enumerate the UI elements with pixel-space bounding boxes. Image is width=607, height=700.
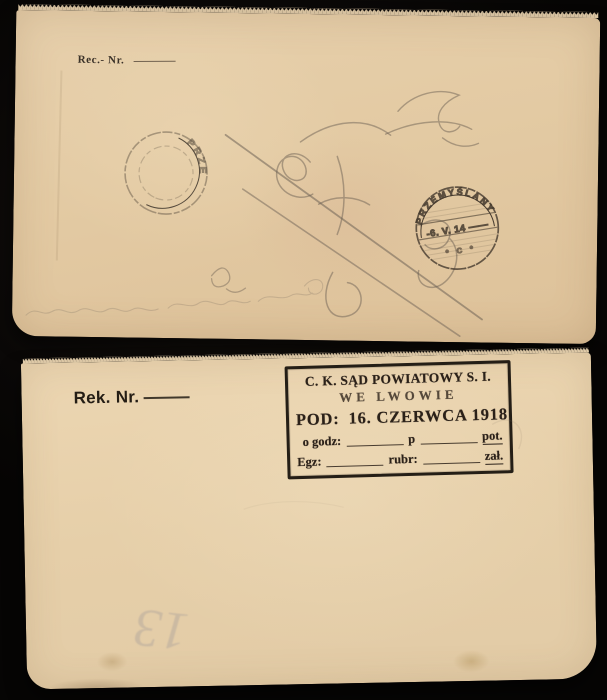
pencil-monogram (385, 91, 479, 147)
blank-underline (143, 396, 189, 399)
stamp-field-label: p (408, 432, 415, 447)
stamp-field-label: pot. (482, 428, 503, 445)
fill-in-rule (423, 462, 480, 465)
receipt-number-text: Rec.- Nr. (78, 54, 125, 67)
faint-handwriting (26, 276, 323, 320)
stamp-field-label: o godz: (302, 434, 341, 450)
bottom-document: Rek. Nr. C. K. SĄD POWIATOWY S. I. WE LW… (21, 353, 597, 690)
top-document-paper: Rec.- Nr. (12, 10, 600, 344)
pencil-faint-curve (244, 501, 344, 510)
fill-in-rule (420, 442, 477, 445)
stamp-field-label: rubr: (388, 452, 418, 468)
court-stamp-date-value: 16. CZERWCA 1918 (348, 404, 508, 427)
svg-text:PRZE: PRZE (174, 136, 214, 181)
court-stamp-date-label: POD: (296, 409, 340, 429)
record-number-text: Rek. Nr. (73, 387, 139, 407)
top-document: Rec.- Nr. (12, 10, 600, 344)
receipt-number-label: Rec.- Nr. (78, 54, 176, 67)
stamp-field-label: Egz: (297, 454, 322, 470)
paper-crease (57, 71, 62, 261)
court-stamp-row-godz: o godz: p pot. (296, 428, 502, 450)
postmark-przemyslany: PRZEMYŚLANY -6. V. 14 —— * C * (411, 181, 504, 274)
postmark-left-town-arc: PRZE (174, 136, 214, 181)
postmark-left-partial: PRZE (117, 124, 214, 221)
court-stamp-date-line: POD:16. CZERWCA 1918 (296, 404, 502, 430)
court-stamp-row-egz: Egz: rubr: zał. (297, 448, 503, 470)
blank-underline (133, 61, 175, 62)
pencil-note-small (211, 268, 245, 293)
court-stamp: C. K. SĄD POWIATOWY S. I. WE LWOWIE POD:… (285, 360, 514, 479)
bottom-document-paper: Rek. Nr. C. K. SĄD POWIATOWY S. I. WE LW… (21, 353, 597, 690)
showthrough-number: 13 (131, 596, 191, 663)
stamp-field-label: zał. (485, 448, 504, 465)
record-number-label: Rek. Nr. (73, 386, 189, 408)
fill-in-rule (327, 465, 384, 468)
fill-in-rule (346, 444, 403, 447)
scanned-documents-photo: Rec.- Nr. (0, 0, 607, 700)
